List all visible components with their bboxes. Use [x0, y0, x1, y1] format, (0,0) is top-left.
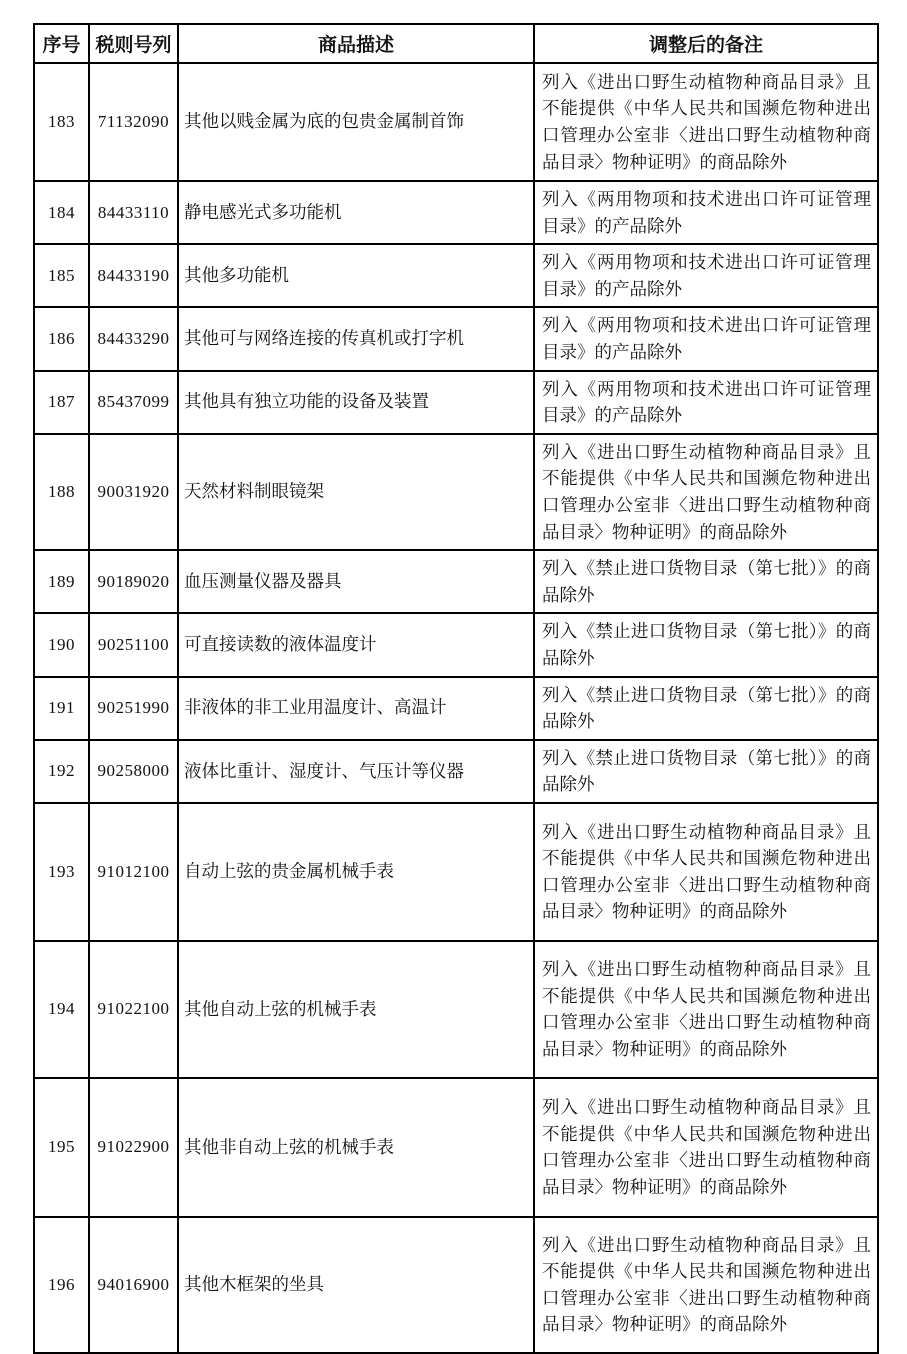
table-row: 18990189020血压测量仪器及器具列入《禁止进口货物目录（第七批）》的商品… [34, 550, 878, 613]
remark-cell: 列入《两用物项和技术进出口许可证管理目录》的产品除外 [534, 307, 878, 370]
table-row: 19190251990非液体的非工业用温度计、高温计列入《禁止进口货物目录（第七… [34, 677, 878, 740]
description-cell: 其他非自动上弦的机械手表 [178, 1078, 534, 1217]
tariff-code-cell: 91022900 [89, 1078, 178, 1217]
serial-cell: 196 [34, 1217, 89, 1353]
tariff-code-cell: 84433110 [89, 181, 178, 244]
serial-cell: 183 [34, 63, 89, 181]
remark-cell: 列入《进出口野生动植物种商品目录》且不能提供《中华人民共和国濒危物种进出口管理办… [534, 1078, 878, 1217]
tariff-code-cell: 91022100 [89, 941, 178, 1078]
serial-cell: 186 [34, 307, 89, 370]
serial-cell: 190 [34, 613, 89, 676]
description-cell: 其他木框架的坐具 [178, 1217, 534, 1353]
table-row: 19391012100自动上弦的贵金属机械手表列入《进出口野生动植物种商品目录》… [34, 803, 878, 941]
tariff-code-cell: 85437099 [89, 371, 178, 434]
table-row: 18684433290其他可与网络连接的传真机或打字机列入《两用物项和技术进出口… [34, 307, 878, 370]
remark-cell: 列入《进出口野生动植物种商品目录》且不能提供《中华人民共和国濒危物种进出口管理办… [534, 1217, 878, 1353]
description-cell: 静电感光式多功能机 [178, 181, 534, 244]
remark-cell: 列入《禁止进口货物目录（第七批）》的商品除外 [534, 740, 878, 803]
table-row: 19694016900其他木框架的坐具列入《进出口野生动植物种商品目录》且不能提… [34, 1217, 878, 1353]
header-tariff-code: 税则号列 [89, 24, 178, 63]
description-cell: 非液体的非工业用温度计、高温计 [178, 677, 534, 740]
description-cell: 血压测量仪器及器具 [178, 550, 534, 613]
tariff-code-cell: 94016900 [89, 1217, 178, 1353]
table-row: 18371132090其他以贱金属为底的包贵金属制首饰列入《进出口野生动植物种商… [34, 63, 878, 181]
description-cell: 天然材料制眼镜架 [178, 434, 534, 550]
serial-cell: 193 [34, 803, 89, 941]
header-adjusted-remark: 调整后的备注 [534, 24, 878, 63]
remark-cell: 列入《两用物项和技术进出口许可证管理目录》的产品除外 [534, 371, 878, 434]
tariff-code-cell: 90251990 [89, 677, 178, 740]
tariff-code-cell: 84433190 [89, 244, 178, 307]
table-row: 19591022900其他非自动上弦的机械手表列入《进出口野生动植物种商品目录》… [34, 1078, 878, 1217]
tariff-code-cell: 90251100 [89, 613, 178, 676]
tariff-code-cell: 91012100 [89, 803, 178, 941]
description-cell: 其他可与网络连接的传真机或打字机 [178, 307, 534, 370]
table-row: 18785437099其他具有独立功能的设备及装置列入《两用物项和技术进出口许可… [34, 371, 878, 434]
table-row: 19491022100其他自动上弦的机械手表列入《进出口野生动植物种商品目录》且… [34, 941, 878, 1078]
header-product-description: 商品描述 [178, 24, 534, 63]
remark-cell: 列入《禁止进口货物目录（第七批）》的商品除外 [534, 613, 878, 676]
remark-cell: 列入《禁止进口货物目录（第七批）》的商品除外 [534, 677, 878, 740]
remark-cell: 列入《两用物项和技术进出口许可证管理目录》的产品除外 [534, 181, 878, 244]
serial-cell: 188 [34, 434, 89, 550]
remark-cell: 列入《进出口野生动植物种商品目录》且不能提供《中华人民共和国濒危物种进出口管理办… [534, 434, 878, 550]
description-cell: 可直接读数的液体温度计 [178, 613, 534, 676]
tariff-code-cell: 71132090 [89, 63, 178, 181]
serial-cell: 194 [34, 941, 89, 1078]
table-body: 18371132090其他以贱金属为底的包贵金属制首饰列入《进出口野生动植物种商… [34, 63, 878, 1353]
tariff-code-cell: 84433290 [89, 307, 178, 370]
description-cell: 其他以贱金属为底的包贵金属制首饰 [178, 63, 534, 181]
table-row: 18484433110静电感光式多功能机列入《两用物项和技术进出口许可证管理目录… [34, 181, 878, 244]
description-cell: 液体比重计、湿度计、气压计等仪器 [178, 740, 534, 803]
table-row: 18890031920天然材料制眼镜架列入《进出口野生动植物种商品目录》且不能提… [34, 434, 878, 550]
header-serial-number: 序号 [34, 24, 89, 63]
tariff-code-cell: 90031920 [89, 434, 178, 550]
serial-cell: 191 [34, 677, 89, 740]
serial-cell: 184 [34, 181, 89, 244]
remark-cell: 列入《进出口野生动植物种商品目录》且不能提供《中华人民共和国濒危物种进出口管理办… [534, 63, 878, 181]
serial-cell: 192 [34, 740, 89, 803]
tariff-code-cell: 90189020 [89, 550, 178, 613]
tariff-adjustment-table: 序号 税则号列 商品描述 调整后的备注 18371132090其他以贱金属为底的… [33, 23, 879, 1354]
description-cell: 自动上弦的贵金属机械手表 [178, 803, 534, 941]
table-row: 18584433190其他多功能机列入《两用物项和技术进出口许可证管理目录》的产… [34, 244, 878, 307]
tariff-code-cell: 90258000 [89, 740, 178, 803]
serial-cell: 185 [34, 244, 89, 307]
remark-cell: 列入《进出口野生动植物种商品目录》且不能提供《中华人民共和国濒危物种进出口管理办… [534, 941, 878, 1078]
description-cell: 其他多功能机 [178, 244, 534, 307]
serial-cell: 195 [34, 1078, 89, 1217]
remark-cell: 列入《禁止进口货物目录（第七批）》的商品除外 [534, 550, 878, 613]
remark-cell: 列入《两用物项和技术进出口许可证管理目录》的产品除外 [534, 244, 878, 307]
table-row: 19090251100可直接读数的液体温度计列入《禁止进口货物目录（第七批）》的… [34, 613, 878, 676]
description-cell: 其他自动上弦的机械手表 [178, 941, 534, 1078]
description-cell: 其他具有独立功能的设备及装置 [178, 371, 534, 434]
serial-cell: 187 [34, 371, 89, 434]
table-row: 19290258000液体比重计、湿度计、气压计等仪器列入《禁止进口货物目录（第… [34, 740, 878, 803]
remark-cell: 列入《进出口野生动植物种商品目录》且不能提供《中华人民共和国濒危物种进出口管理办… [534, 803, 878, 941]
table-header-row: 序号 税则号列 商品描述 调整后的备注 [34, 24, 878, 63]
serial-cell: 189 [34, 550, 89, 613]
